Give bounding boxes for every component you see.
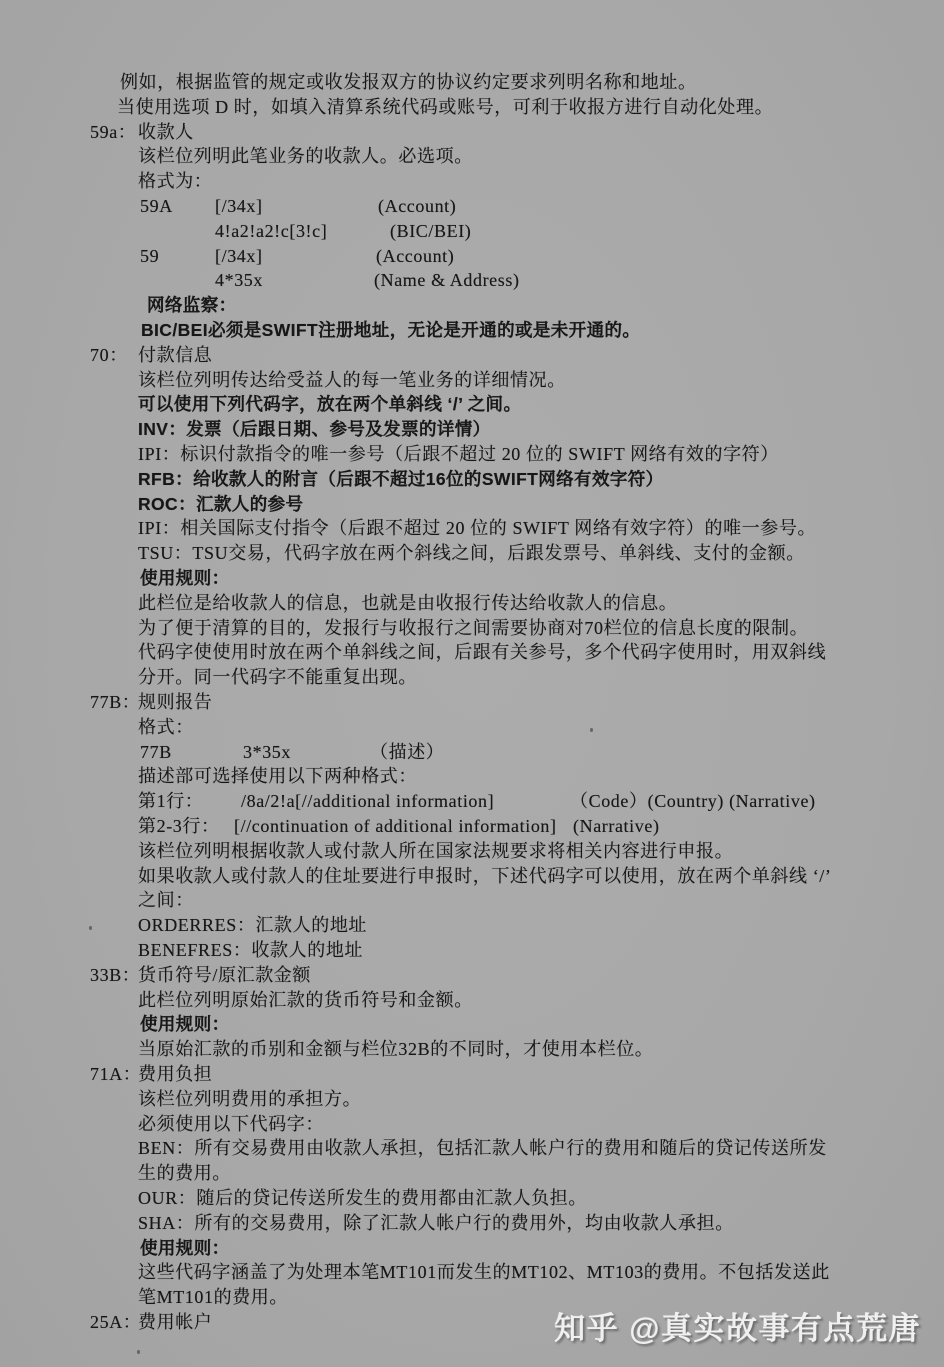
text-line: 格式： (0, 715, 944, 741)
text-line: ROC：汇款人的参号 (0, 492, 944, 518)
text-segment: 分开。同一代码字不能重复出现。 (138, 665, 417, 689)
text-segment: 第1行： (138, 789, 203, 813)
text-segment: 描述部可选择使用以下两种格式： (138, 764, 417, 788)
text-line: 该栏位列明传达给受益人的每一笔业务的详细情况。 (0, 368, 944, 394)
scan-speck (89, 926, 92, 930)
watermark-zhihu: 知乎 @真实故事有点荒唐 (554, 1303, 921, 1348)
text-segment: （描述） (370, 740, 444, 764)
text-segment: 33B： (90, 963, 140, 987)
text-segment: 付款信息 (138, 343, 212, 367)
text-line: BEN：所有交易费用由收款人承担，包括汇款人帐户行的费用和随后的贷记传送所发 (0, 1136, 944, 1162)
text-segment: 网络监察： (147, 293, 237, 317)
text-segment: IPI：标识付款指令的唯一参号（后跟不超过 20 位的 SWIFT 网络有效的字… (138, 442, 779, 466)
text-segment: 使用规则： (140, 1236, 230, 1260)
text-segment: BENEFRES：收款人的地址 (138, 938, 363, 962)
text-line: 77B3*35x（描述） (0, 740, 944, 766)
text-line: 该栏位列明费用的承担方。 (0, 1087, 944, 1113)
text-segment: 77B： (90, 690, 140, 714)
text-segment: 该栏位列明此笔业务的收款人。必选项。 (138, 144, 473, 168)
text-line: 第2-3行：[//continuation of additional info… (0, 814, 944, 840)
text-line: OUR：随后的贷记传送所发生的费用都由汇款人负担。 (0, 1186, 944, 1212)
text-segment: BEN：所有交易费用由收款人承担，包括汇款人帐户行的费用和随后的贷记传送所发 (138, 1136, 827, 1160)
text-segment: TSU：TSU交易，代码字放在两个斜线之间，后跟发票号、单斜线、支付的金额。 (138, 541, 805, 565)
text-segment: 70： (90, 343, 128, 367)
text-segment: 格式： (138, 715, 194, 739)
text-segment: OUR：随后的贷记传送所发生的费用都由汇款人负担。 (138, 1186, 587, 1210)
text-segment: 4*35x (215, 268, 263, 292)
scanned-page: 例如，根据监管的规定或收发报双方的协议约定要求列明名称和地址。当使用选项 D 时… (0, 0, 944, 1367)
text-segment: 此栏位列明原始汇款的货币符号和金额。 (138, 988, 473, 1012)
text-line: INV：发票（后跟日期、参号及发票的详情） (0, 417, 944, 443)
text-segment: 此栏位是给收款人的信息，也就是由收报行传达给收款人的信息。 (138, 591, 677, 615)
text-line: IPI：标识付款指令的唯一参号（后跟不超过 20 位的 SWIFT 网络有效的字… (0, 442, 944, 468)
scan-speck (590, 728, 593, 732)
text-segment: (Name & Address) (374, 268, 520, 292)
text-segment: [/34x] (215, 194, 263, 218)
text-line: 生的费用。 (0, 1161, 944, 1187)
text-line: 这些代码字涵盖了为处理本笔MT101而发生的MT102、MT103的费用。不包括… (0, 1260, 944, 1286)
text-segment: 例如，根据监管的规定或收发报双方的协议约定要求列明名称和地址。 (120, 70, 697, 94)
text-segment: 可以使用下列代码字，放在两个单斜线 ‘/’ 之间。 (138, 392, 521, 416)
text-line: 59[/34x](Account) (0, 244, 944, 270)
text-segment: 77B (140, 740, 172, 764)
text-line: 此栏位是给收款人的信息，也就是由收报行传达给收款人的信息。 (0, 591, 944, 617)
text-line: 格式为： (0, 169, 944, 195)
text-segment: 这些代码字涵盖了为处理本笔MT101而发生的MT102、MT103的费用。不包括… (138, 1260, 830, 1284)
text-line: 71A：费用负担 (0, 1062, 944, 1088)
text-segment: RFB：给收款人的附言（后跟不超过16位的SWIFT网络有效字符） (138, 467, 664, 491)
text-line: BIC/BEI必须是SWIFT注册地址，无论是开通的或是未开通的。 (0, 318, 944, 344)
text-segment: (BIC/BEI) (390, 219, 471, 243)
text-line: 当原始汇款的币别和金额与栏位32B的不同时，才使用本栏位。 (0, 1037, 944, 1063)
text-segment: [/34x] (215, 244, 263, 268)
text-segment: 笔MT101的费用。 (138, 1285, 288, 1309)
text-segment: INV：发票（后跟日期、参号及发票的详情） (138, 417, 491, 441)
text-segment: 之间： (138, 888, 194, 912)
text-segment: 59 (140, 244, 159, 268)
text-line: 当使用选项 D 时，如填入清算系统代码或账号，可利于收报方进行自动化处理。 (0, 95, 944, 121)
text-segment: BIC/BEI必须是SWIFT注册地址，无论是开通的或是未开通的。 (141, 318, 640, 342)
text-segment: 该栏位列明根据收款人或付款人所在国家法规要求将相关内容进行申报。 (138, 839, 733, 863)
text-line: 此栏位列明原始汇款的货币符号和金额。 (0, 988, 944, 1014)
scan-speck (137, 1350, 140, 1354)
text-line: 之间： (0, 888, 944, 914)
text-line: 如果收款人或付款人的住址要进行申报时，下述代码字可以使用，放在两个单斜线 ‘/’ (0, 864, 944, 890)
text-line: RFB：给收款人的附言（后跟不超过16位的SWIFT网络有效字符） (0, 467, 944, 493)
text-segment: 59a： (90, 120, 136, 144)
text-line: 必须使用以下代码字： (0, 1112, 944, 1138)
text-segment: 当使用选项 D 时，如填入清算系统代码或账号，可利于收报方进行自动化处理。 (117, 95, 773, 119)
text-segment: 使用规则： (140, 566, 230, 590)
text-segment: 必须使用以下代码字： (138, 1112, 324, 1136)
text-line: 使用规则： (0, 1236, 944, 1262)
text-line: 4!a2!a2!c[3!c](BIC/BEI) (0, 219, 944, 245)
text-line: 77B：规则报告 (0, 690, 944, 716)
text-line: ORDERRES：汇款人的地址 (0, 913, 944, 939)
text-segment: [//continuation of additional informatio… (234, 814, 557, 838)
text-segment: 格式为： (138, 169, 212, 193)
text-line: 可以使用下列代码字，放在两个单斜线 ‘/’ 之间。 (0, 392, 944, 418)
text-line: 33B：货币符号/原汇款金额 (0, 963, 944, 989)
text-segment: 费用帐户 (138, 1310, 212, 1334)
text-segment: 该栏位列明费用的承担方。 (138, 1087, 361, 1111)
text-line: 59A[/34x](Account) (0, 194, 944, 220)
text-segment: SHA：所有的交易费用，除了汇款人帐户行的费用外，均由收款人承担。 (138, 1211, 734, 1235)
text-segment: 代码字使使用时放在两个单斜线之间，后跟有关参号，多个代码字使用时，用双斜线 (138, 640, 826, 664)
text-line: 该栏位列明根据收款人或付款人所在国家法规要求将相关内容进行申报。 (0, 839, 944, 865)
text-segment: IPI：相关国际支付指令（后跟不超过 20 位的 SWIFT 网络有效字符）的唯… (138, 516, 816, 540)
text-line: 使用规则： (0, 566, 944, 592)
text-line: 为了便于清算的目的，发报行与收报行之间需要协商对70栏位的信息长度的限制。 (0, 616, 944, 642)
text-layer: 例如，根据监管的规定或收发报双方的协议约定要求列明名称和地址。当使用选项 D 时… (0, 0, 944, 1367)
text-segment: 25A： (90, 1310, 141, 1334)
text-line: 4*35x(Name & Address) (0, 268, 944, 294)
text-segment: (Account) (376, 244, 454, 268)
text-segment: （Code）(Country) (Narrative) (570, 789, 816, 813)
text-segment: 收款人 (138, 120, 194, 144)
text-segment: 4!a2!a2!c[3!c] (215, 219, 327, 243)
text-segment: 为了便于清算的目的，发报行与收报行之间需要协商对70栏位的信息长度的限制。 (138, 616, 808, 640)
text-line: 70：付款信息 (0, 343, 944, 369)
text-line: 该栏位列明此笔业务的收款人。必选项。 (0, 144, 944, 170)
text-line: BENEFRES：收款人的地址 (0, 938, 944, 964)
text-segment: (Account) (378, 194, 456, 218)
text-segment: 生的费用。 (138, 1161, 231, 1185)
text-segment: 第2-3行： (138, 814, 220, 838)
text-line: 分开。同一代码字不能重复出现。 (0, 665, 944, 691)
text-segment: (Narrative) (573, 814, 660, 838)
text-segment: 59A (140, 194, 173, 218)
text-segment: 规则报告 (138, 690, 212, 714)
text-line: TSU：TSU交易，代码字放在两个斜线之间，后跟发票号、单斜线、支付的金额。 (0, 541, 944, 567)
text-segment: 该栏位列明传达给受益人的每一笔业务的详细情况。 (138, 368, 566, 392)
text-line: IPI：相关国际支付指令（后跟不超过 20 位的 SWIFT 网络有效字符）的唯… (0, 516, 944, 542)
text-line: 网络监察： (0, 293, 944, 319)
text-segment: 3*35x (243, 740, 291, 764)
text-segment: 费用负担 (138, 1062, 212, 1086)
text-line: 例如，根据监管的规定或收发报双方的协议约定要求列明名称和地址。 (0, 70, 944, 96)
text-segment: ORDERRES：汇款人的地址 (138, 913, 367, 937)
text-segment: 货币符号/原汇款金额 (138, 963, 311, 987)
text-segment: /8a/2!a[//additional information] (241, 789, 494, 813)
text-segment: 71A： (90, 1062, 141, 1086)
text-segment: 当原始汇款的币别和金额与栏位32B的不同时，才使用本栏位。 (138, 1037, 653, 1061)
text-segment: 如果收款人或付款人的住址要进行申报时，下述代码字可以使用，放在两个单斜线 ‘/’ (138, 864, 832, 888)
text-line: 描述部可选择使用以下两种格式： (0, 764, 944, 790)
text-line: 代码字使使用时放在两个单斜线之间，后跟有关参号，多个代码字使用时，用双斜线 (0, 640, 944, 666)
text-segment: 使用规则： (140, 1012, 230, 1036)
text-line: 59a：收款人 (0, 120, 944, 146)
text-line: SHA：所有的交易费用，除了汇款人帐户行的费用外，均由收款人承担。 (0, 1211, 944, 1237)
text-line: 第1行：/8a/2!a[//additional information]（Co… (0, 789, 944, 815)
text-segment: ROC：汇款人的参号 (138, 492, 303, 516)
text-line: 使用规则： (0, 1012, 944, 1038)
